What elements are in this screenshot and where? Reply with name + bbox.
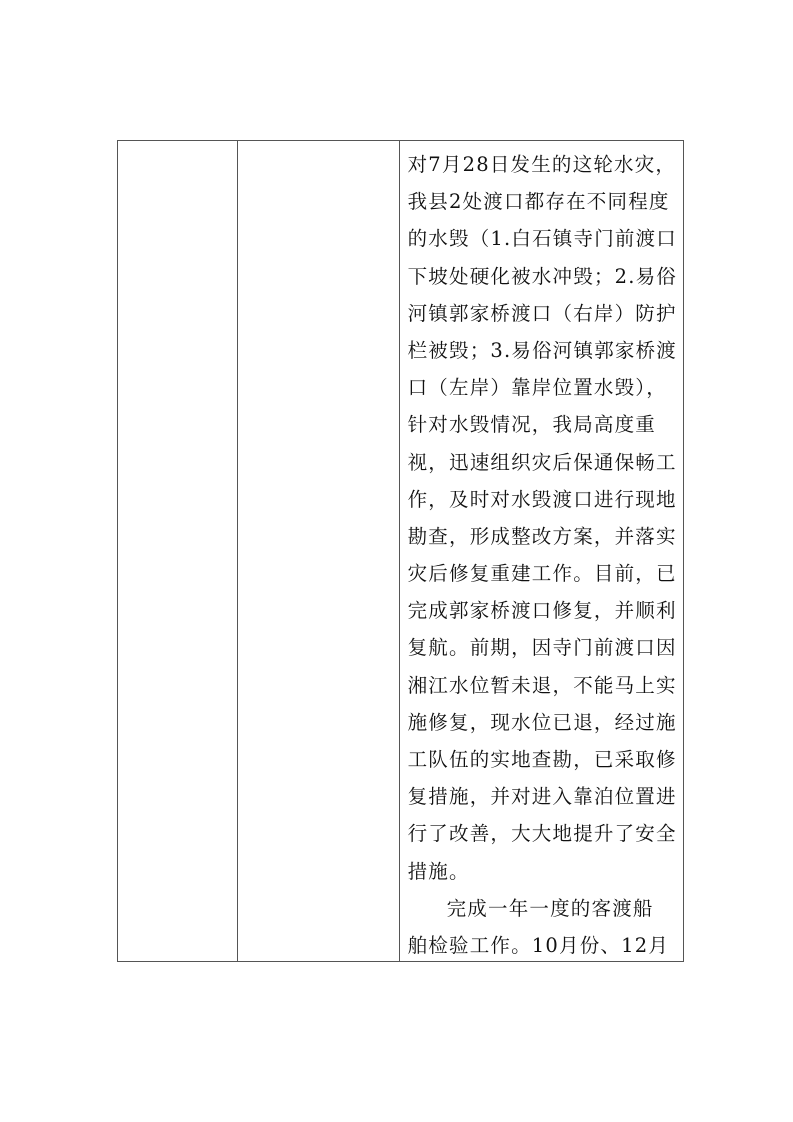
table-cell-col1 (118, 141, 238, 961)
table-cell-col3: 对7月28日发生的这轮水灾， 我县2处渡口都存在不同程度 的水毁（1.白石镇寺门… (400, 141, 683, 961)
text-line: 复措施，并对进入靠泊位置进 (408, 778, 677, 815)
report-table: 对7月28日发生的这轮水灾， 我县2处渡口都存在不同程度 的水毁（1.白石镇寺门… (117, 140, 684, 962)
text-line: 我县2处渡口都存在不同程度 (408, 183, 677, 220)
text-line: 工队伍的实地查勘，已采取修 (408, 741, 677, 778)
text-line: 视，迅速组织灾后保通保畅工 (408, 444, 677, 481)
text-line: 对7月28日发生的这轮水灾， (408, 146, 677, 183)
text-line: 勘查，形成整改方案，并落实 (408, 518, 677, 555)
table-cell-col2 (238, 141, 400, 961)
text-line: 灾后修复重建工作。目前，已 (408, 555, 677, 592)
text-line: 下坡处硬化被水冲毁；2.易俗 (408, 258, 677, 295)
text-line: 复航。前期，因寺门前渡口因 (408, 629, 677, 666)
text-line: 措施。 (408, 853, 677, 890)
text-line: 湘江水位暂未退，不能马上实 (408, 667, 677, 704)
text-line: 完成郭家桥渡口修复，并顺利 (408, 592, 677, 629)
paragraph-start-line: 完成一年一度的客渡船 (408, 890, 677, 927)
text-line: 舶检验工作。10月份、12月 (408, 927, 677, 964)
text-line: 口（左岸）靠岸位置水毁）， (408, 369, 677, 406)
text-line: 施修复，现水位已退，经过施 (408, 704, 677, 741)
text-line: 的水毁（1.白石镇寺门前渡口 (408, 220, 677, 257)
text-line: 河镇郭家桥渡口（右岸）防护 (408, 295, 677, 332)
text-line: 栏被毁；3.易俗河镇郭家桥渡 (408, 332, 677, 369)
text-line: 针对水毁情况，我局高度重 (408, 406, 677, 443)
text-line: 作，及时对水毁渡口进行现地 (408, 481, 677, 518)
text-line: 行了改善，大大地提升了安全 (408, 815, 677, 852)
